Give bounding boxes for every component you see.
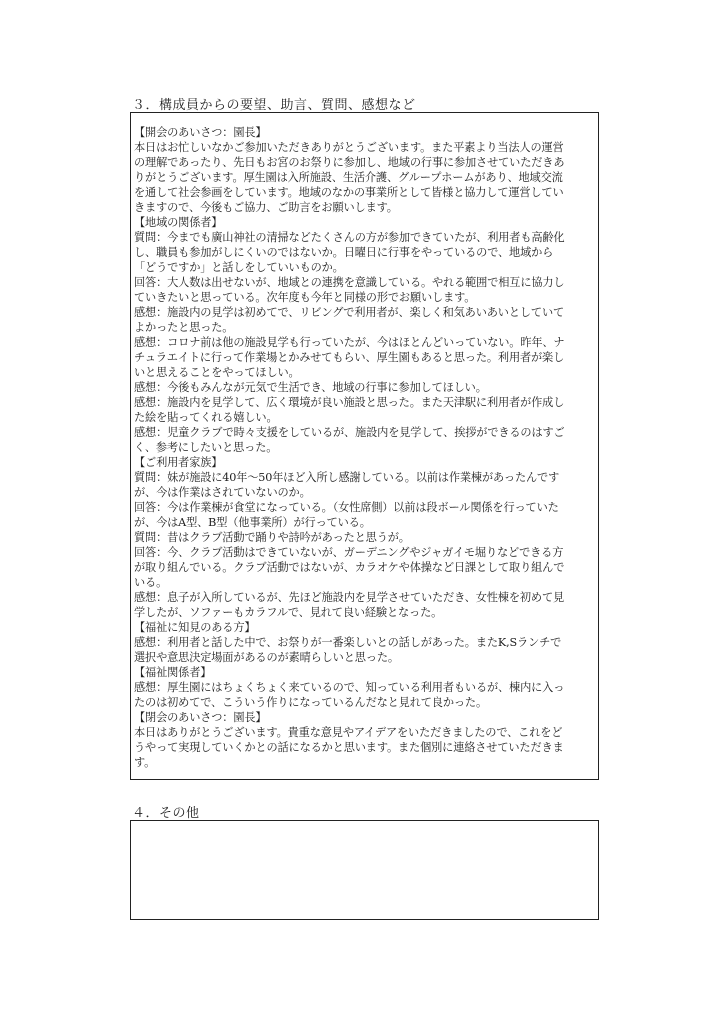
text-line: く、参考にしたいと思った。 <box>134 440 595 455</box>
text-line: 本日はありがとうございます。貴重な意見やアイデアをいただきましたので、これをど <box>134 725 595 740</box>
speaker-heading: 【閉会のあいさつ：園長】 <box>134 710 595 725</box>
text-line: 回答：今は作業棟が食堂になっている。（女性席側）以前は段ボール関係を行っていた <box>134 500 595 515</box>
text-line: た絵を貼ってくれる嬉しい。 <box>134 410 595 425</box>
text-line: の理解であったり、先日もお宮のお祭りに参加し、地域の行事に参加させていただきあ <box>134 155 595 170</box>
text-line: 感想：息子が入所しているが、先ほど施設内を見学させていただき、女性棟を初めて見 <box>134 590 595 605</box>
text-line: す。 <box>134 755 595 770</box>
speaker-heading: 【開会のあいさつ：園長】 <box>134 125 595 140</box>
text-line: うやって実現していくかとの話になるかと思います。また個別に連絡させていただきま <box>134 740 595 755</box>
section-3-text: 【開会のあいさつ：園長】本日はお忙しいなかご参加いただきありがとうございます。ま… <box>134 125 595 770</box>
text-line: 回答：大人数は出せないが、地域との連携を意識している。やれる範囲で相互に協力し <box>134 275 595 290</box>
section-4-content-box <box>130 820 599 920</box>
speaker-heading: 【福祉に知見のある方】 <box>134 620 595 635</box>
text-line: 質問：妹が施設に40年～50年ほど入所し感謝している。以前は作業棟があったんです <box>134 470 595 485</box>
text-line: を通して社会参画をしています。地域のなかの事業所として皆様と協力して運営してい <box>134 185 595 200</box>
text-line: 選択や意思決定場面があるのが素晴らしいと思った。 <box>134 650 595 665</box>
text-line: ていきたいと思っている。次年度も今年と同様の形でお願いします。 <box>134 290 595 305</box>
section-3-title: ３．構成員からの要望、助言、質問、感想など <box>132 94 416 113</box>
text-line: が、今は作業はされていないのか。 <box>134 485 595 500</box>
text-line: 本日はお忙しいなかご参加いただきありがとうございます。また平素より当法人の運営 <box>134 140 595 155</box>
text-line: 感想：コロナ前は他の施設見学も行っていたが、今はほとんどいっていない。昨年、ナ <box>134 335 595 350</box>
text-line: 感想：児童クラブで時々支援をしているが、施設内を見学して、挨拶ができるのはすご <box>134 425 595 440</box>
text-line: 感想：施設内を見学して、広く環境が良い施設と思った。また天津駅に利用者が作成し <box>134 395 595 410</box>
text-line: 質問：今までも廣山神社の清掃などたくさんの方が参加できていたが、利用者も高齢化 <box>134 230 595 245</box>
text-line: チュラエイトに行って作業場とかみせてもらい、厚生園もあると思った。利用者が楽し <box>134 350 595 365</box>
text-line: いる。 <box>134 575 595 590</box>
text-line: 感想：利用者と話した中で、お祭りが一番楽しいとの話しがあった。またK,Sランチで <box>134 635 595 650</box>
text-line: 感想：厚生園にはちょくちょく来ているので、知っている利用者もいるが、棟内に入っ <box>134 680 595 695</box>
text-line: し、職員も参加がしにくいのではないか。日曜日に行事をやっているので、地域から <box>134 245 595 260</box>
speaker-heading: 【地域の関係者】 <box>134 215 595 230</box>
text-line: りがとうございます。厚生園は入所施設、生活介護、グループホームがあり、地域交流 <box>134 170 595 185</box>
text-line: 「どうですか」と話しをしていいものか。 <box>134 260 595 275</box>
text-line: 学したが、ソファーもカラフルで、見れて良い経験となった。 <box>134 605 595 620</box>
text-line: よかったと思った。 <box>134 320 595 335</box>
text-line: 感想：今後もみんなが元気で生活でき、地域の行事に参加してほしい。 <box>134 380 595 395</box>
text-line: が、今はA型、B型（他事業所）が行っている。 <box>134 515 595 530</box>
text-line: きますので、今後もご協力、ご助言をお願いします。 <box>134 200 595 215</box>
text-line: いと思えることをやってほしい。 <box>134 365 595 380</box>
section-3-content-box: 【開会のあいさつ：園長】本日はお忙しいなかご参加いただきありがとうございます。ま… <box>130 112 599 780</box>
text-line: 回答：今、クラブ活動はできていないが、ガーデニングやジャガイモ堀りなどできる方 <box>134 545 595 560</box>
text-line: たのは初めてで、こういう作りになっているんだなと見れて良かった。 <box>134 695 595 710</box>
speaker-heading: 【福祉関係者】 <box>134 665 595 680</box>
section-4-title: ４．その他 <box>132 802 200 821</box>
speaker-heading: 【ご利用者家族】 <box>134 455 595 470</box>
text-line: が取り組んでいる。クラブ活動ではないが、カラオケや体操など日課として取り組んで <box>134 560 595 575</box>
text-line: 質問：昔はクラブ活動で踊りや詩吟があったと思うが。 <box>134 530 595 545</box>
text-line: 感想：施設内の見学は初めてで、リビングで利用者が、楽しく和気あいあいとしていて <box>134 305 595 320</box>
